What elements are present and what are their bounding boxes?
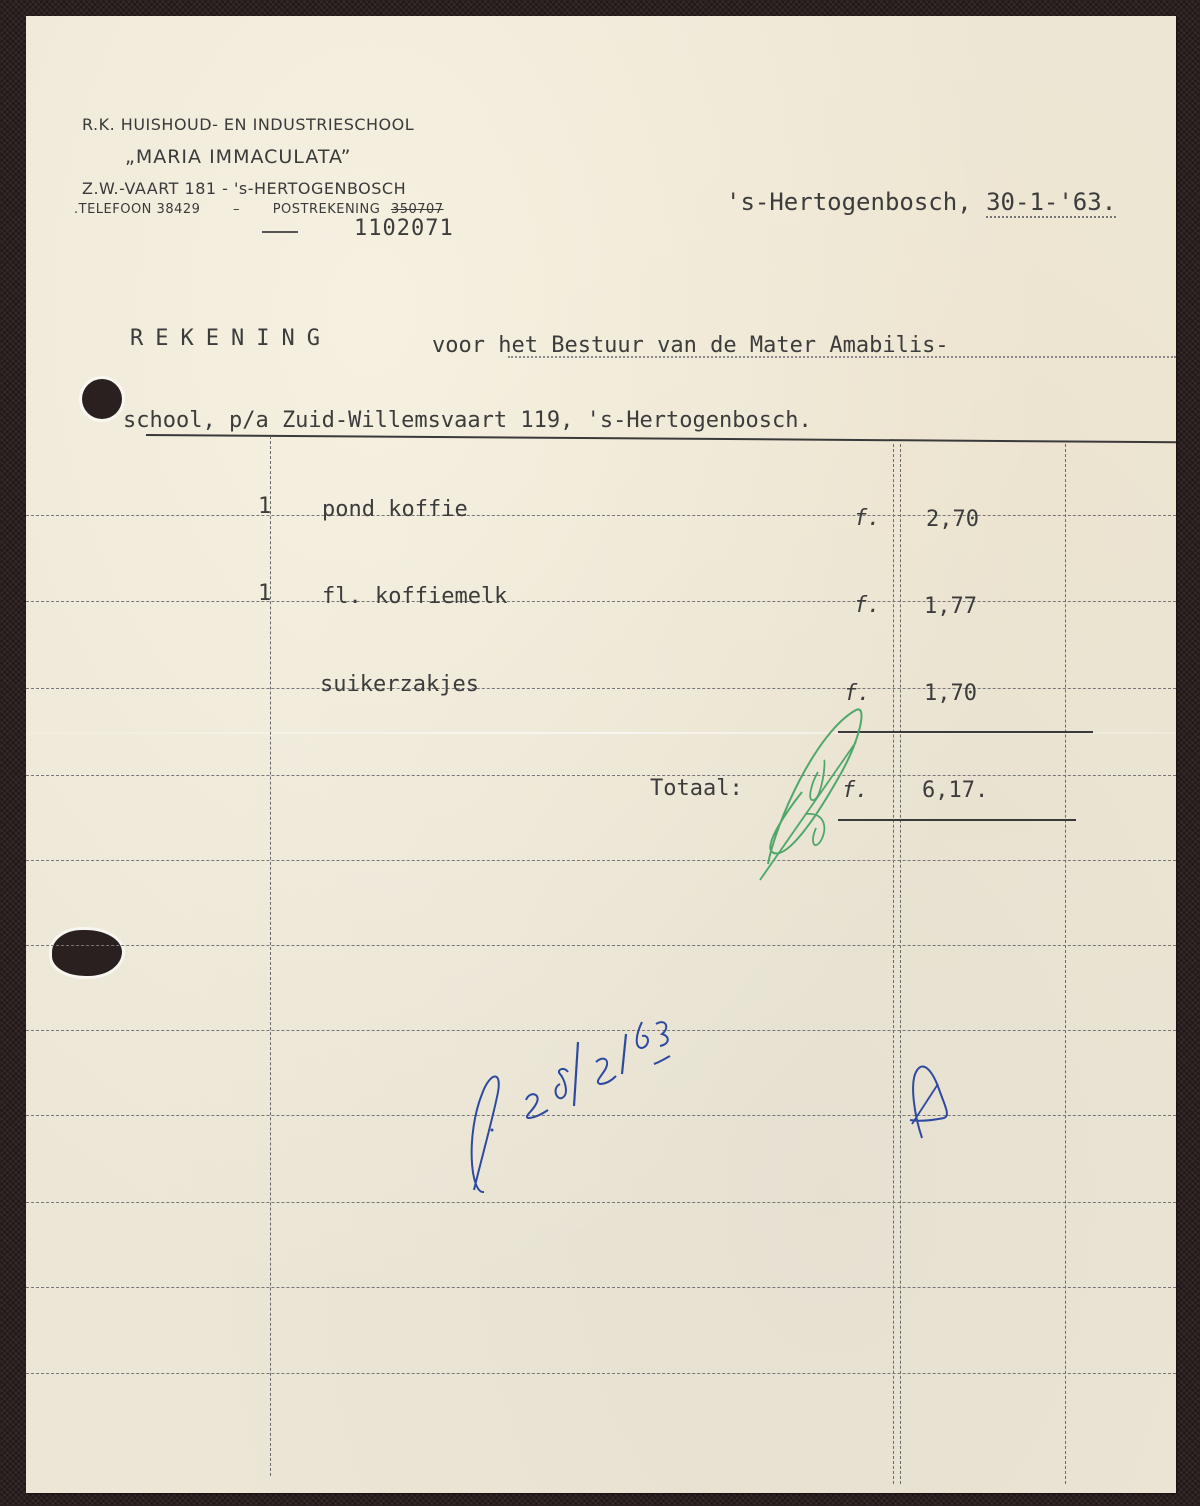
addressee-dotted-line-1 (508, 356, 1176, 358)
punch-hole-bottom (52, 930, 122, 976)
invoice-title: REKENING (130, 326, 332, 351)
letterhead-school-type: R.K. HUISHOUD- EN INDUSTRIESCHOOL (82, 115, 414, 134)
approval-initial-icon (900, 1054, 960, 1144)
subtotal-rule (838, 731, 1093, 733)
invoice-paper: R.K. HUISHOUD- EN INDUSTRIESCHOOL „MARIA… (26, 16, 1176, 1493)
addressee-line-1: voor het Bestuur van de Mater Amabilis- (432, 333, 949, 358)
header-rule (146, 434, 1176, 443)
item-description: fl. koffiemelk (322, 584, 507, 609)
ruled-line (26, 945, 1176, 946)
ruled-line (26, 688, 1176, 689)
letterhead-postrekening-label: POSTREKENING (273, 202, 381, 217)
postrekening-new-number: 1102071 (354, 216, 454, 241)
punch-hole-top (82, 379, 122, 419)
ruled-line (26, 1373, 1176, 1374)
ruled-line (26, 860, 1176, 861)
letterhead-telephone: .TELEFOON 38429 (74, 202, 200, 217)
letterhead-school-name: „MARIA IMMACULATA” (125, 146, 351, 168)
rule-cents-column (1065, 444, 1066, 1484)
rule-amount-column-a (893, 444, 894, 1484)
letterhead-contact: .TELEFOON 38429 – POSTREKENING 350707 (74, 202, 444, 217)
paid-date-handwriting-icon (456, 1014, 706, 1214)
place-and-date: 's-Hertogenbosch, 30-1-'63. (726, 188, 1116, 216)
item-amount: 1,77 (924, 594, 977, 619)
item-description: suikerzakjes (320, 672, 479, 697)
item-qty: 1 (258, 581, 271, 606)
rule-amount-column-b (900, 444, 901, 1484)
item-currency: f. (854, 593, 881, 618)
date: 30-1-'63. (986, 188, 1116, 218)
item-amount: 2,70 (926, 507, 979, 532)
item-description: pond koffie (322, 497, 468, 522)
item-currency: f. (854, 506, 881, 531)
ruled-line (26, 515, 1176, 516)
ruled-line (26, 1287, 1176, 1288)
letterhead-dash (262, 231, 298, 233)
green-paraph-icon (756, 702, 876, 882)
letterhead-postrekening-old: 350707 (391, 202, 444, 217)
city: 's-Hertogenbosch, (726, 188, 972, 216)
letterhead-address: Z.W.-VAART 181 - 's-HERTOGENBOSCH (82, 179, 406, 198)
ruled-line (26, 775, 1176, 776)
total-amount: 6,17. (922, 778, 988, 803)
ruled-line (26, 601, 1176, 602)
letterhead-separator: – (233, 202, 240, 217)
addressee-line-2: school, p/a Zuid-Willemsvaart 119, 's-He… (123, 408, 812, 433)
item-qty: 1 (258, 494, 271, 519)
total-label: Totaal: (650, 776, 743, 801)
item-amount: 1,70 (924, 681, 977, 706)
